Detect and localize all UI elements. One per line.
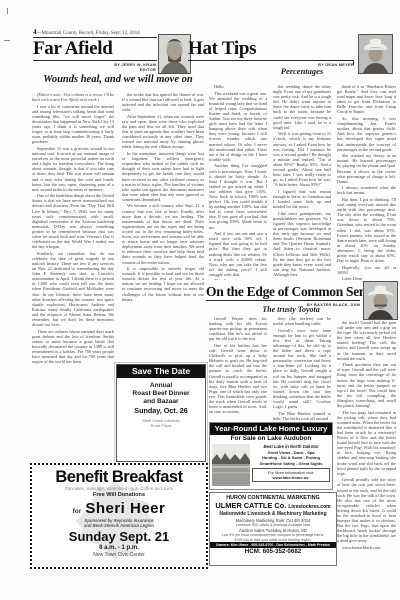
hat-tips-column-2: the wedding dance the other night. Evan,… bbox=[273, 84, 331, 280]
lake-home-features: Great Views - Dock - SpaHunting - Ski & … bbox=[252, 450, 330, 466]
paragraph: Hopefully, you are all at 100%! bbox=[337, 265, 396, 275]
paragraph: I saw a lot of comments around the inter… bbox=[32, 104, 114, 145]
fold-mark bbox=[4, 40, 10, 41]
far-afield-byline: BY JERRY W. KRAM EDITOR bbox=[60, 62, 156, 72]
paragraph: But then, I got to thinking. I'll start … bbox=[337, 197, 396, 263]
paragraph: Another thing I've struggled with is per… bbox=[209, 163, 267, 229]
ad-line: Roast Beef Dinner bbox=[117, 390, 205, 398]
paragraph: So, this morning, I was complimenting Je… bbox=[337, 116, 396, 152]
paragraph: And if you ran out and saw a retail stor… bbox=[209, 231, 267, 277]
benefit-breakfast-ad: Benefit Breakfast Pancakes, Sausage, Scr… bbox=[30, 463, 208, 569]
paragraph: I always wondered what the heck that mea… bbox=[337, 185, 396, 195]
hat-tips-title: Hat Tips bbox=[188, 38, 256, 60]
paragraph: This discussion came up at bbox=[209, 278, 267, 280]
kram-photo bbox=[158, 34, 191, 74]
paragraph: Similarly, we remember, but do not celeb… bbox=[32, 251, 114, 327]
benefit-for: for bbox=[73, 508, 82, 515]
hat-tips-column-1: Hello,This weekend was a great one. We a… bbox=[209, 84, 267, 280]
benefit-donations: Free Will Donations bbox=[32, 492, 206, 499]
ad-line: and Bazaar bbox=[117, 398, 205, 406]
benefit-honoree: Sheri Heer bbox=[85, 500, 165, 517]
paragraph: Like most grandparents, my grandchildren… bbox=[273, 211, 331, 277]
common-sense-column-1: Gerrall Wayne does his hauling with his … bbox=[209, 316, 267, 420]
paragraph: It is impossible to entirely forget old … bbox=[122, 266, 204, 302]
far-afield-column-1: (Editor's note: This column is a rerun. … bbox=[32, 92, 114, 460]
paragraph: The Blue Heelers wanted to help. The hei… bbox=[273, 411, 331, 420]
paragraph: the truck! Gerrall had the goat calf und… bbox=[337, 320, 396, 361]
baxter-black-photo bbox=[363, 281, 398, 320]
benefit-date: Sunday Sept. 21 bbox=[32, 529, 206, 544]
paragraph: I figured that was reason enough to leav… bbox=[273, 189, 331, 209]
divider bbox=[206, 300, 360, 301]
save-the-date-ad: Save The Date Annual Roast Beef Dinner a… bbox=[116, 364, 206, 462]
paragraph: Gerrall proudly told the story of how th… bbox=[337, 477, 396, 543]
lake-photo bbox=[212, 444, 250, 486]
paragraph: Thank goodness they ran out of rope. Ger… bbox=[337, 362, 396, 408]
common-sense-column-2: they (the heelers) can be useful when ha… bbox=[273, 316, 331, 420]
paragraph: www.baxterblack.com bbox=[337, 545, 396, 550]
ulmer-cattle-name: ULMER CATTLE Co. Livestockres.com bbox=[210, 502, 336, 512]
paragraph: After September 11, when our wounds were… bbox=[122, 114, 204, 150]
kram-portrait-icon bbox=[159, 35, 190, 73]
baxter-portrait-icon bbox=[364, 282, 397, 319]
benefit-location: New Town Civic Center bbox=[32, 552, 206, 559]
huron-ulmer-ad: HURON CONTINENTAL MARKETING ULMER CATTLE… bbox=[209, 492, 337, 566]
paragraph: Gerrall Wayne does his hauling with his … bbox=[209, 316, 267, 341]
lake-scene-icon bbox=[212, 444, 250, 486]
paragraph: In the meantime, innocent things were lo… bbox=[122, 151, 204, 202]
paragraph: the wedding dance the other night. Evan,… bbox=[273, 84, 331, 130]
folio-line: 4—Mountrail County Record, Friday, Sept.… bbox=[33, 28, 140, 36]
common-sense-subhead: The trusty Toyota bbox=[228, 305, 354, 314]
divider bbox=[33, 60, 157, 61]
lake-home-title: Year-Round Lake Home Luxury bbox=[210, 423, 332, 435]
lake-home-info: For More information visit: www.lake-hom… bbox=[252, 468, 330, 482]
paragraph: think of it as "Bareback Riders get Read… bbox=[337, 84, 396, 115]
hat-tips-column-3: think of it as "Bareback Riders get Read… bbox=[337, 84, 396, 280]
paragraph: Later, Dean bbox=[337, 276, 396, 280]
lake-home-url: www.lake-home.us. bbox=[273, 475, 310, 480]
paragraph: She crushed my theory in an instant. He … bbox=[337, 153, 396, 184]
ad-date: Sunday, Oct. 26 bbox=[117, 406, 205, 416]
paragraph: We became a sick country after Sept. 11,… bbox=[122, 203, 204, 264]
newspaper-page: 4—Mountrail County Record, Friday, Sept.… bbox=[0, 0, 400, 600]
lake-home-subtitle: For Sale on Lake Audubon bbox=[210, 435, 332, 443]
ad-line: Annual bbox=[117, 382, 205, 390]
huron-commission-line: Low 5% per head commission rate; compare… bbox=[210, 533, 336, 538]
save-the-date-header: Save The Date bbox=[117, 365, 205, 378]
common-sense-column-3: the truck! Gerrall had the goat calf und… bbox=[337, 320, 396, 562]
hat-tips-subhead: Percentages bbox=[208, 66, 396, 76]
ad-location: Rural Plaza bbox=[117, 423, 205, 428]
paragraph: Well, it was getting close to 11 o'clock… bbox=[273, 131, 331, 187]
divider bbox=[188, 60, 354, 61]
fold-mark bbox=[7, 8, 8, 14]
far-afield-column-2: the stroke that has ignited the flames o… bbox=[122, 92, 204, 360]
lake-home-ad: Year-Round Lake Home Luxury For Sale on … bbox=[209, 422, 333, 490]
far-afield-title: Far Afield bbox=[33, 38, 113, 60]
paper-name-date: —Mountrail County Record, Friday, Sept. … bbox=[37, 31, 140, 36]
paragraph: Gerrall's cows were tame enough for him … bbox=[273, 328, 331, 410]
common-sense-title: On the Edge of Common Sense bbox=[206, 284, 362, 300]
benefit-time: 8 a.m. - 1 p.m. bbox=[32, 544, 206, 552]
huron-subtitle: Nationwide Livestock & Machinery Marketi… bbox=[210, 511, 336, 518]
huron-phone: HCM: 605-352-0682 bbox=[210, 548, 336, 556]
paragraph: The two pugs had remained in the pickup … bbox=[337, 410, 396, 476]
paragraph: September 11 was a grievous wound to our… bbox=[32, 146, 114, 192]
paragraph: There are cultures whose national days m… bbox=[32, 329, 114, 365]
paragraph: the stroke that has ignited the flames o… bbox=[122, 92, 204, 112]
paragraph: SmartHome Safety - Great Sights bbox=[252, 461, 330, 466]
paragraph: This weekend was a great one. We attende… bbox=[209, 91, 267, 162]
paragraph: One of the healthiest things about the U… bbox=[32, 193, 114, 249]
paragraph: (Editor's note: This column is a rerun. … bbox=[32, 92, 114, 102]
paragraph: One of his heifers lost her calf. Gerral… bbox=[209, 343, 267, 414]
far-afield-headline: Wounds heal, and we will move on bbox=[30, 74, 206, 85]
paragraph: they (the heelers) can be useful when ha… bbox=[273, 316, 331, 326]
benefit-title: Benefit Breakfast bbox=[32, 468, 206, 486]
ulmer-site: Livestockres.com bbox=[288, 504, 330, 510]
paragraph: Hello, bbox=[209, 84, 267, 89]
